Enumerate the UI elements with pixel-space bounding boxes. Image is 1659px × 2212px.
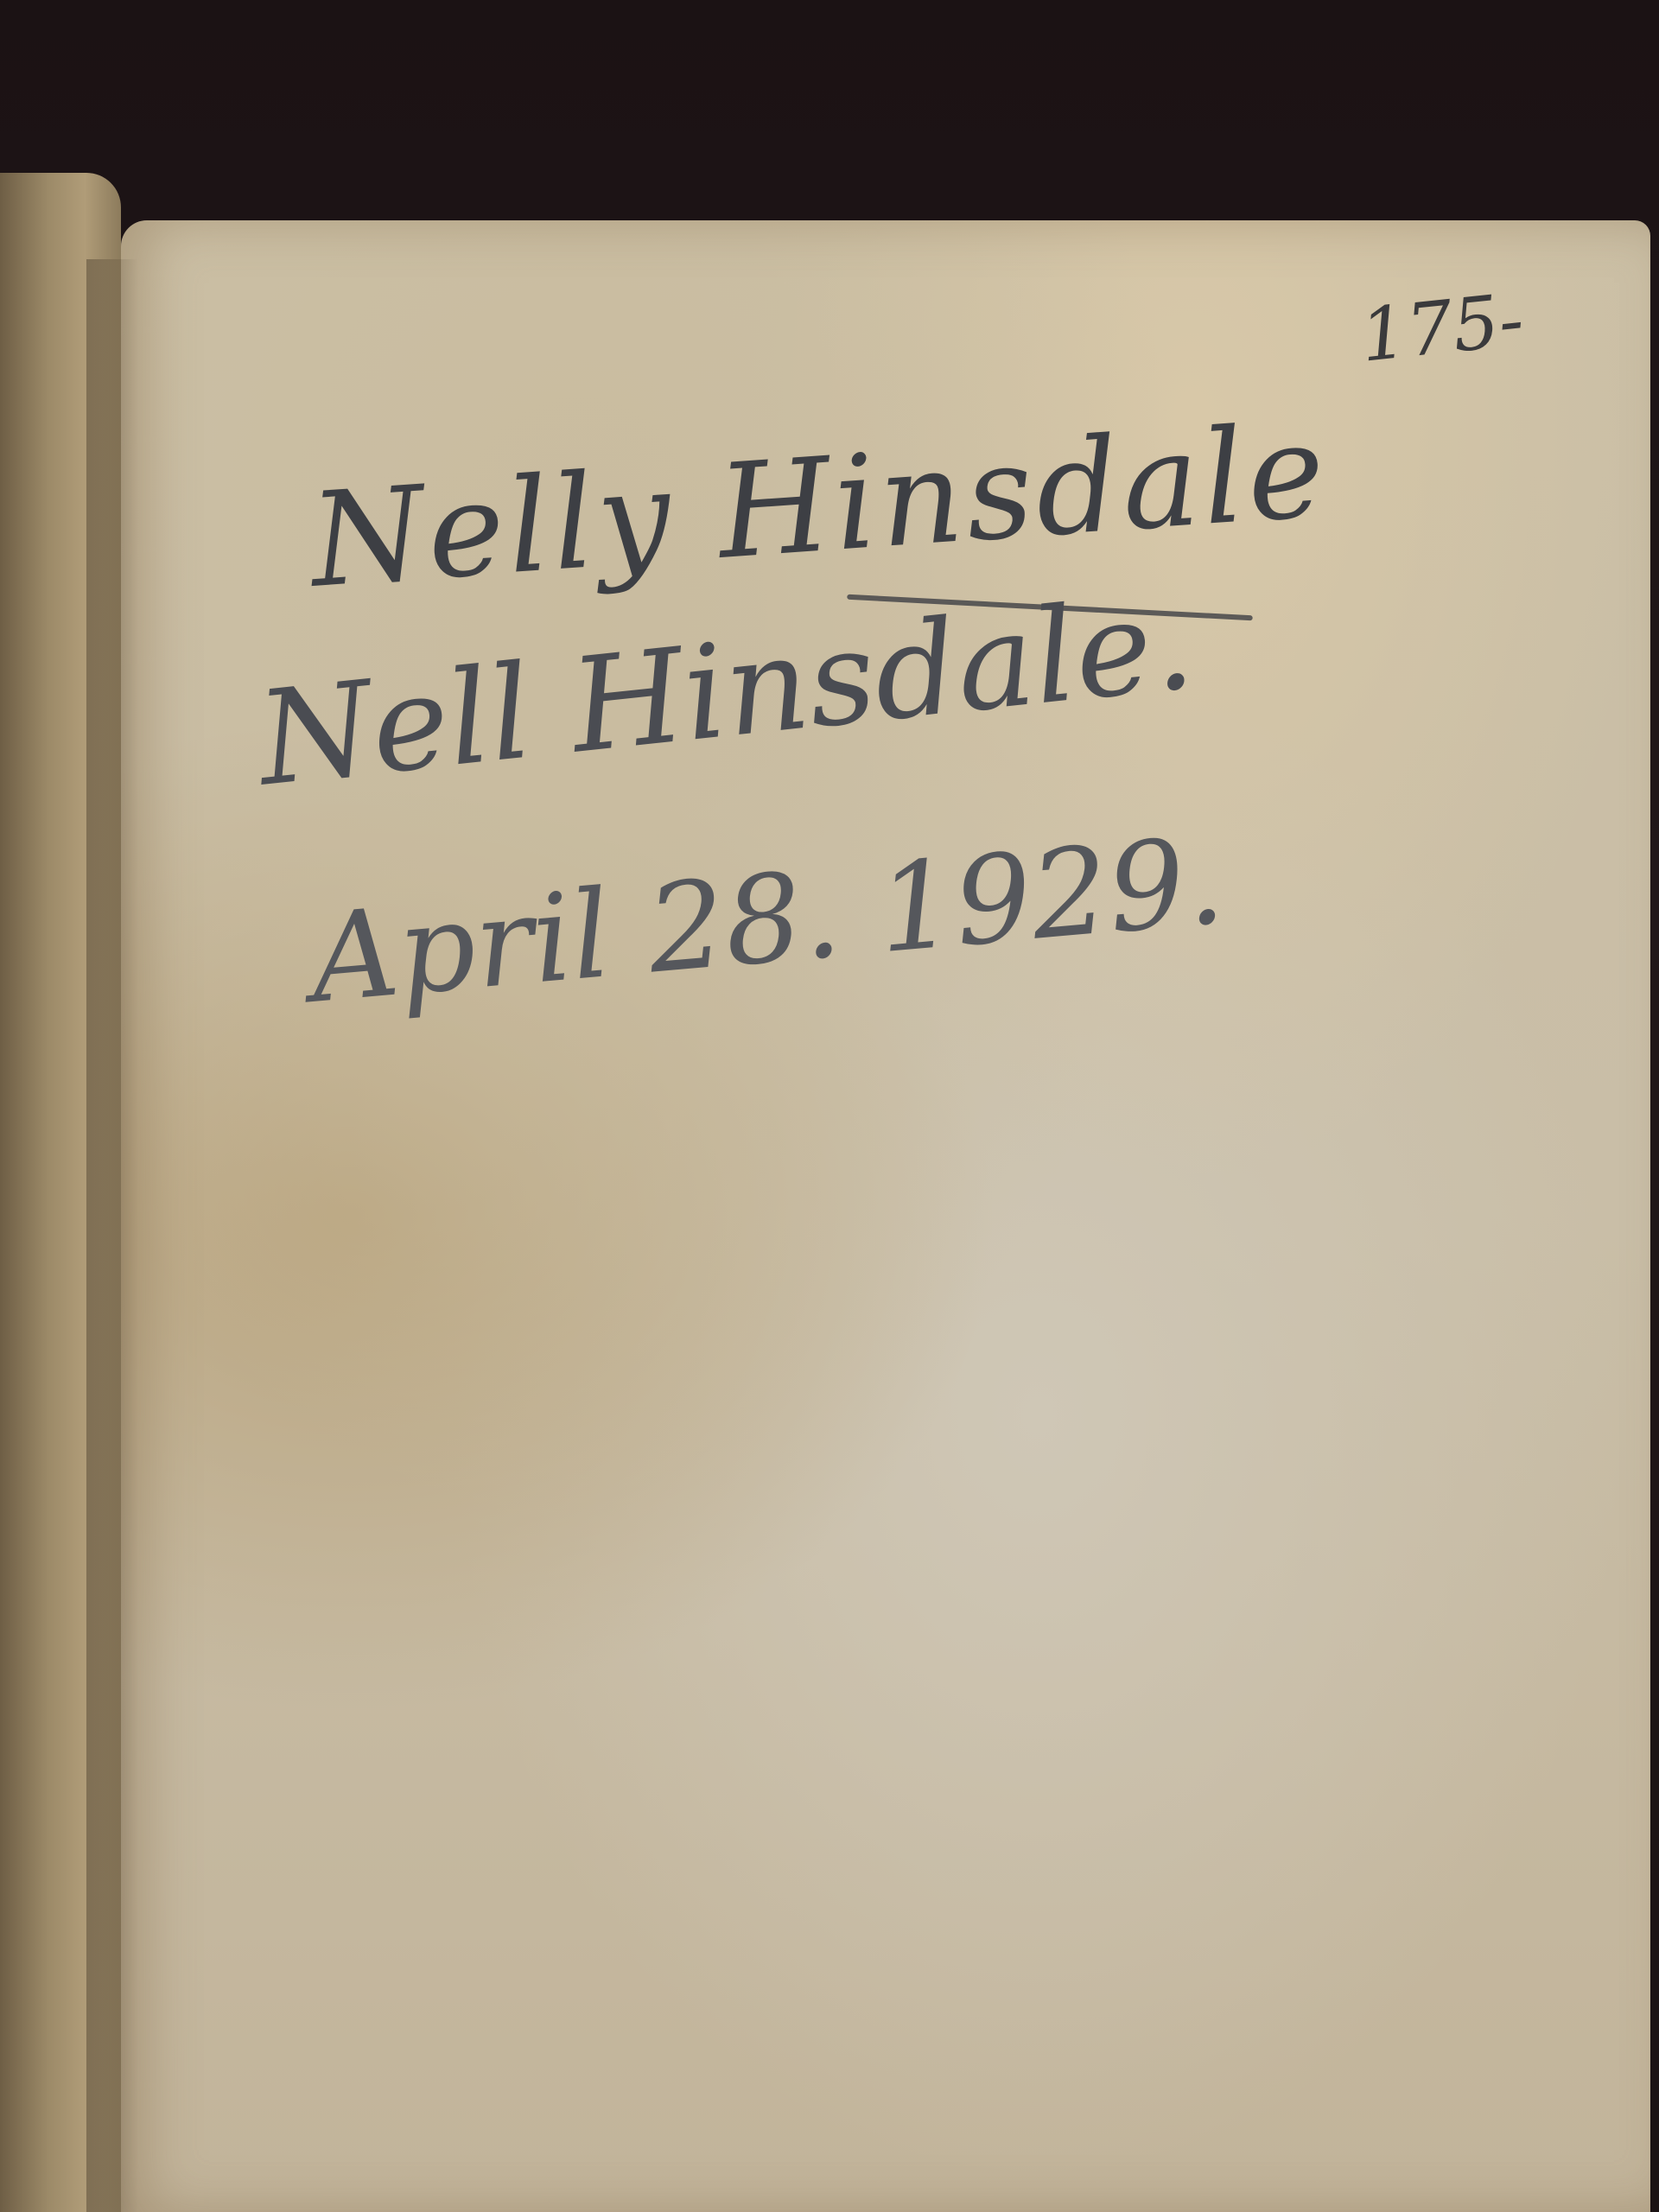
price-mark: 175- xyxy=(1357,277,1528,378)
spine-shadow xyxy=(86,259,138,2212)
